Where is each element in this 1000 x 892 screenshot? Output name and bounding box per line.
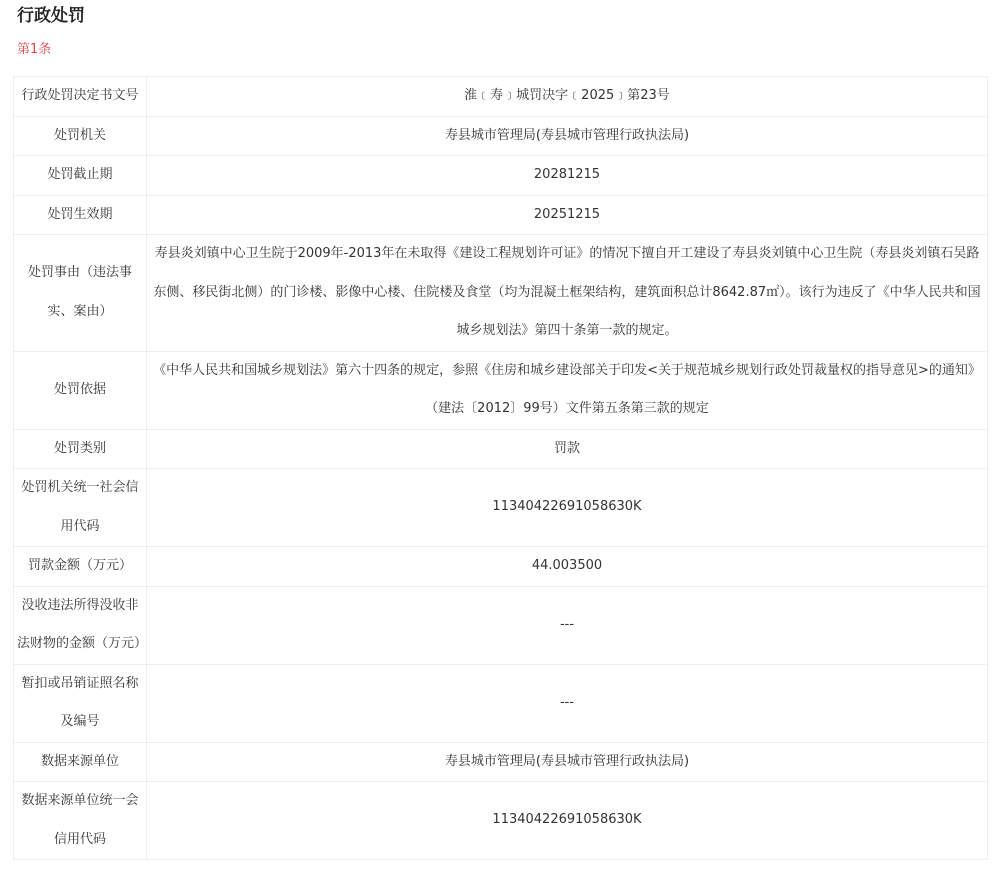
row-value: 《中华人民共和国城乡规划法》第六十四条的规定，参照《住房和城乡建设部关于印发<关…	[147, 351, 988, 429]
row-label: 罚款金额（万元）	[14, 547, 147, 587]
row-label: 处罚机关统一社会信用代码	[14, 469, 147, 547]
row-value: 44.003500	[147, 547, 988, 587]
row-value: 寿县城市管理局(寿县城市管理行政执法局)	[147, 742, 988, 782]
row-value: ---	[147, 586, 988, 664]
penalty-detail-table: 行政处罚决定书文号 淮﹝寿﹞城罚决字﹝2025﹞第23号 处罚机关 寿县城市管理…	[13, 76, 988, 860]
table-row-authority: 处罚机关 寿县城市管理局(寿县城市管理行政执法局)	[14, 116, 988, 156]
row-label: 数据来源单位	[14, 742, 147, 782]
row-value: 11340422691058630K	[147, 469, 988, 547]
table-row-data-source: 数据来源单位 寿县城市管理局(寿县城市管理行政执法局)	[14, 742, 988, 782]
row-value: 罚款	[147, 429, 988, 469]
table-row-license-revocation: 暂扣或吊销证照名称及编号 ---	[14, 664, 988, 742]
table-row-legal-basis: 处罚依据 《中华人民共和国城乡规划法》第六十四条的规定，参照《住房和城乡建设部关…	[14, 351, 988, 429]
row-label: 行政处罚决定书文号	[14, 77, 147, 117]
row-value: 寿县城市管理局(寿县城市管理行政执法局)	[147, 116, 988, 156]
row-label: 处罚截止期	[14, 156, 147, 196]
table-row-decision-number: 行政处罚决定书文号 淮﹝寿﹞城罚决字﹝2025﹞第23号	[14, 77, 988, 117]
row-label: 暂扣或吊销证照名称及编号	[14, 664, 147, 742]
page-title: 行政处罚	[17, 4, 85, 28]
row-value: 淮﹝寿﹞城罚决字﹝2025﹞第23号	[147, 77, 988, 117]
row-value: 寿县炎刘镇中心卫生院于2009年-2013年在未取得《建设工程规划许可证》的情况…	[147, 235, 988, 352]
table-row-effective-date: 处罚生效期 20251215	[14, 195, 988, 235]
table-row-end-date: 处罚截止期 20281215	[14, 156, 988, 196]
row-label: 处罚类别	[14, 429, 147, 469]
table-row-penalty-type: 处罚类别 罚款	[14, 429, 988, 469]
table-row-authority-credit-code: 处罚机关统一社会信用代码 11340422691058630K	[14, 469, 988, 547]
item-number-label: 第1条	[17, 40, 51, 60]
row-value: 20281215	[147, 156, 988, 196]
row-value: 20251215	[147, 195, 988, 235]
table-row-confiscation-amount: 没收违法所得没收非法财物的金额（万元） ---	[14, 586, 988, 664]
row-label: 处罚机关	[14, 116, 147, 156]
row-value: 11340422691058630K	[147, 782, 988, 860]
row-label: 处罚依据	[14, 351, 147, 429]
table-row-reason: 处罚事由（违法事实、案由） 寿县炎刘镇中心卫生院于2009年-2013年在未取得…	[14, 235, 988, 352]
row-label: 没收违法所得没收非法财物的金额（万元）	[14, 586, 147, 664]
row-value: ---	[147, 664, 988, 742]
row-label: 处罚事由（违法事实、案由）	[14, 235, 147, 352]
table-row-fine-amount: 罚款金额（万元） 44.003500	[14, 547, 988, 587]
row-label: 处罚生效期	[14, 195, 147, 235]
table-row-data-source-credit-code: 数据来源单位统一会信用代码 11340422691058630K	[14, 782, 988, 860]
row-label: 数据来源单位统一会信用代码	[14, 782, 147, 860]
